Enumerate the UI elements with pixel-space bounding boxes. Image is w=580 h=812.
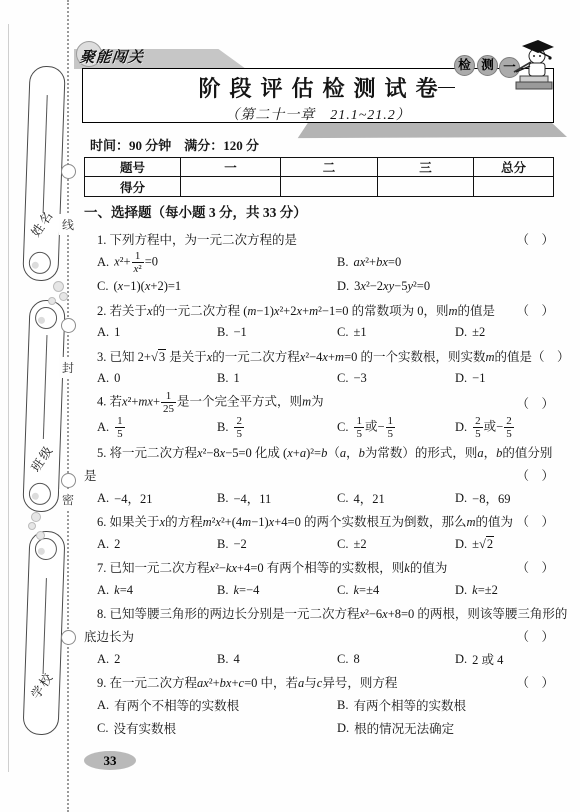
badge-dash-line	[438, 87, 455, 88]
punch-circle	[61, 318, 76, 333]
question-1: 1. 下列方程中，为一元二次方程的是（ ） A.x²+1x²=0 B.ax²+b…	[84, 227, 554, 298]
question-4: 4. 若x²+mx+125是一个完全平方式，则m为（ ） A.15 B.25 C…	[84, 390, 554, 440]
tag-hole	[29, 483, 52, 506]
option-d: D.3x²−2xy−5y²=0	[337, 279, 554, 294]
score-header-3: 三	[378, 158, 474, 177]
answer-bracket: （ ）	[516, 230, 554, 248]
option-b: B.1	[217, 371, 337, 386]
class-tag-label: 班级	[26, 441, 57, 475]
badge-char-ce: 测	[477, 55, 498, 76]
answer-bracket: （ ）	[516, 673, 554, 691]
score-table: 题号 一 二 三 总分 得分	[84, 157, 554, 197]
option-a: A.0	[97, 371, 217, 386]
option-b: B.ax²+bx=0	[337, 255, 554, 270]
question-stem: 4. 若x²+mx+125是一个完全平方式，则m为	[84, 390, 324, 415]
answer-bracket: （ ）	[516, 558, 554, 576]
tag-hole	[28, 252, 51, 275]
answer-bracket: （ ）	[516, 466, 554, 484]
page-title: 阶段评估检测试卷	[83, 72, 553, 103]
page-subtitle: （第二十一章 21.1~21.2）	[83, 104, 553, 124]
score-header-tihao: 题号	[85, 158, 181, 177]
answer-bracket: （ ）	[516, 512, 554, 530]
question-3: 3. 已知 2+√3 是关于x的一元二次方程x²−4x+m=0 的一个实数根，则…	[84, 344, 554, 390]
question-5: 5. 将一元二次方程x²−8x−5=0 化成 (x+a)²=b（a，b为常数）的…	[84, 441, 554, 510]
option-c: C.8	[337, 652, 455, 667]
option-c: C.−3	[337, 371, 455, 386]
option-b: B.k=−4	[217, 583, 337, 598]
option-b: B.−2	[217, 537, 337, 552]
question-9: 9. 在一元二次方程ax²+bx+c=0 中，若a与c异号，则方程（ ） A.有…	[84, 671, 554, 740]
option-d: D.−1	[455, 371, 554, 386]
questions-area: 1. 下列方程中，为一元二次方程的是（ ） A.x²+1x²=0 B.ax²+b…	[84, 227, 554, 740]
question-stem: 2. 若关于x的一元二次方程 (m−1)x²+2x+m²−1=0 的常数项为 0…	[84, 301, 495, 319]
score-header-total: 总分	[474, 158, 554, 177]
option-a: A.x²+1x²=0	[97, 250, 337, 275]
bubble-decor	[59, 292, 68, 301]
question-8: 8. 已知等腰三角形的两边长分别是一元二次方程x²−6x+8=0 的两根，则该等…	[84, 602, 554, 671]
option-a: A.15	[97, 415, 217, 440]
bubble-decor	[48, 297, 56, 305]
options-row: A.2 B.−2 C.±2 D.±√2	[84, 533, 554, 556]
score-cell	[474, 177, 554, 197]
options-row: A.x²+1x²=0 B.ax²+bx=0	[84, 250, 554, 275]
option-d: D.2 或 4	[455, 650, 554, 668]
seal-char-feng: 封	[59, 357, 77, 378]
question-stem: 8. 已知等腰三角形的两边长分别是一元二次方程x²−6x+8=0 的两根，则该等…	[84, 604, 567, 622]
bubble-decor	[36, 531, 45, 540]
question-stem: 7. 已知一元二次方程x²−kx+4=0 有两个相等的实数根，则k的值为	[84, 558, 447, 576]
option-c: C.k=±4	[337, 583, 455, 598]
question-stem: 1. 下列方程中，为一元二次方程的是	[84, 230, 297, 248]
option-c: C.(x−1)(x+2)=1	[97, 279, 337, 294]
option-d: D.±2	[455, 325, 554, 340]
school-tag-label: 学校	[26, 668, 57, 702]
school-tag: 学校	[22, 530, 65, 735]
options-row: A.k=4 B.k=−4 C.k=±4 D.k=±2	[84, 579, 554, 602]
option-d: D.k=±2	[455, 583, 554, 598]
name-tag-label: 姓名	[26, 206, 57, 240]
question-7: 7. 已知一元二次方程x²−kx+4=0 有两个相等的实数根，则k的值为（ ） …	[84, 556, 554, 602]
bubble-decor	[31, 512, 41, 522]
name-tag: 姓名	[22, 65, 65, 281]
option-b: B.4	[217, 652, 337, 667]
question-stem: 6. 如果关于x的方程m²x²+(4m−1)x+4=0 的两个实数根互为倒数，那…	[84, 512, 513, 530]
option-a: A.2	[97, 652, 217, 667]
options-row: C.没有实数根 D.根的情况无法确定	[84, 717, 554, 740]
option-c: C.没有实数根	[97, 719, 337, 737]
answer-bracket: （ ）	[516, 301, 554, 319]
score-cell	[181, 177, 281, 197]
question-6: 6. 如果关于x的方程m²x²+(4m−1)x+4=0 的两个实数根互为倒数，那…	[84, 510, 554, 556]
options-row: A.−4，21 B.−4，11 C.4，21 D.−8，69	[84, 487, 554, 510]
tag-hole	[35, 538, 58, 561]
question-stem-cont: 底边长为	[84, 627, 134, 645]
title-box: 阶段评估检测试卷 （第二十一章 21.1~21.2）	[82, 68, 554, 123]
graduate-mascot-icon	[510, 38, 556, 96]
write-line	[43, 578, 47, 674]
section-title: 一、选择题（每小题 3 分，共 33 分）	[84, 201, 307, 221]
option-b: B.25	[217, 415, 337, 440]
option-d: D.±√2	[455, 536, 554, 552]
option-a: A.k=4	[97, 583, 217, 598]
question-stem: 3. 已知 2+√3 是关于x的一元二次方程x²−4x+m=0 的一个实数根，则…	[84, 347, 532, 365]
seal-char-mi: 密	[59, 489, 77, 510]
score-row-label: 得分	[85, 177, 181, 197]
options-row: A.2 B.4 C.8 D.2 或 4	[84, 648, 554, 671]
brand-logo: 聚能闯关	[79, 46, 145, 67]
score-cell	[281, 177, 378, 197]
question-stem-cont: 是	[84, 466, 97, 484]
option-c: C.±1	[337, 325, 455, 340]
option-c: C.15或−15	[337, 415, 455, 440]
options-row: A.有两个不相等的实数根 B.有两个相等的实数根	[84, 694, 554, 717]
score-header-2: 二	[281, 158, 378, 177]
option-b: B.有两个相等的实数根	[337, 696, 554, 714]
badge-char-jian: 检	[454, 55, 475, 76]
options-row: A.15 B.25 C.15或−15 D.25或−25	[84, 415, 554, 440]
options-row: A.1 B.−1 C.±1 D.±2	[84, 321, 554, 344]
punch-circle	[61, 473, 76, 488]
option-a: A.有两个不相等的实数根	[97, 696, 337, 714]
option-d: D.−8，69	[455, 489, 554, 507]
option-c: C.±2	[337, 537, 455, 552]
bubble-decor	[53, 281, 64, 292]
answer-bracket: （ ）	[532, 347, 570, 365]
bubble-decor	[28, 522, 36, 530]
seal-char-xian: 线	[59, 214, 77, 235]
score-cell	[378, 177, 474, 197]
option-a: A.2	[97, 537, 217, 552]
seal-dotted-line	[67, 0, 69, 812]
tag-hole	[35, 307, 58, 330]
option-b: B.−1	[217, 325, 337, 340]
write-line	[43, 335, 48, 439]
option-d: D.25或−25	[455, 415, 554, 440]
option-b: B.−4，11	[217, 489, 337, 507]
paper-edge-line	[8, 24, 9, 772]
score-header-1: 一	[181, 158, 281, 177]
worksheet-page: { "header": { "brand": "聚能闯关", "badge_ch…	[0, 0, 580, 812]
write-line	[43, 95, 48, 213]
answer-bracket: （ ）	[516, 394, 554, 412]
page-number: 33	[84, 751, 136, 770]
options-row: A.0 B.1 C.−3 D.−1	[84, 367, 554, 390]
question-stem: 9. 在一元二次方程ax²+bx+c=0 中，若a与c异号，则方程	[84, 673, 397, 691]
options-row: C.(x−1)(x+2)=1 D.3x²−2xy−5y²=0	[84, 275, 554, 298]
option-a: A.−4，21	[97, 489, 217, 507]
option-d: D.根的情况无法确定	[337, 719, 554, 737]
class-tag: 班级	[22, 299, 65, 512]
question-stem: 5. 将一元二次方程x²−8x−5=0 化成 (x+a)²=b（a，b为常数）的…	[84, 443, 552, 461]
option-a: A.1	[97, 325, 217, 340]
exam-meta: 时间：90 分钟 满分：120 分	[90, 135, 259, 154]
option-c: C.4，21	[337, 489, 455, 507]
punch-circle	[61, 630, 76, 645]
question-2: 2. 若关于x的一元二次方程 (m−1)x²+2x+m²−1=0 的常数项为 0…	[84, 298, 554, 344]
punch-circle	[61, 164, 76, 179]
answer-bracket: （ ）	[516, 627, 554, 645]
